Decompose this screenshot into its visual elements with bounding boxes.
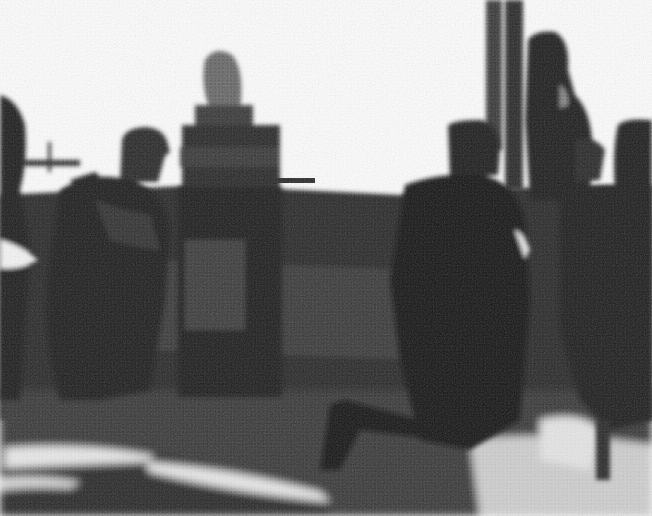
film-grain <box>0 0 652 516</box>
historical-photograph <box>0 0 652 516</box>
photo-scene <box>0 0 652 516</box>
